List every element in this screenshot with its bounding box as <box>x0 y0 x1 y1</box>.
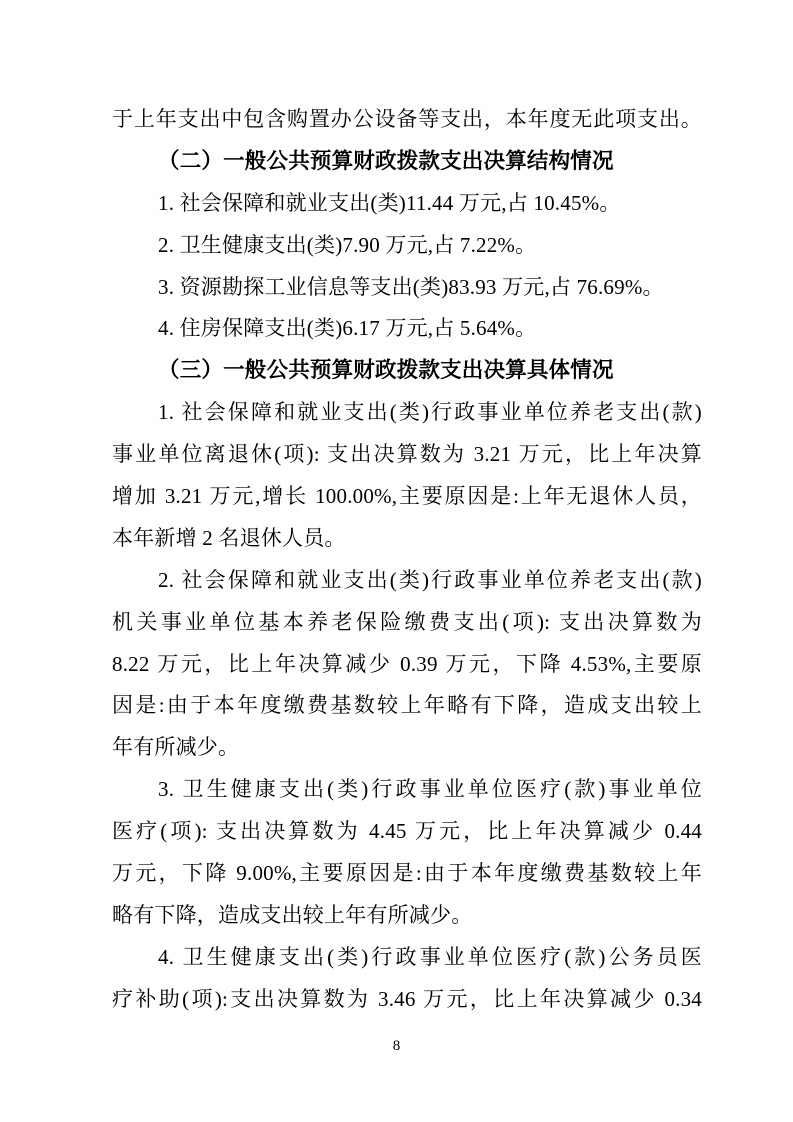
document-body: 于上年支出中包含购置办公设备等支出，本年度无此项支出。（二）一般公共预算财政拨款… <box>112 99 702 1021</box>
text-line: 8.22 万元，比上年决算减少 0.39 万元，下降 4.53%,主要原 <box>112 644 702 686</box>
text-line: 2. 卫生健康支出(类)7.90 万元,占 7.22%。 <box>112 225 702 267</box>
text-line: 4. 卫生健康支出(类)行政事业单位医疗(款)公务员医 <box>112 937 702 979</box>
text-line: 2. 社会保障和就业支出(类)行政事业单位养老支出(款) <box>112 560 702 602</box>
text-line: 1. 社会保障和就业支出(类)11.44 万元,占 10.45%。 <box>112 183 702 225</box>
text-line: 医疗(项): 支出决算数为 4.45 万元，比上年决算减少 0.44 <box>112 811 702 853</box>
section-heading: （三）一般公共预算财政拨款支出决算具体情况 <box>112 350 702 392</box>
text-line: 略有下降，造成支出较上年有所减少。 <box>112 895 702 937</box>
text-line: 于上年支出中包含购置办公设备等支出，本年度无此项支出。 <box>112 99 702 141</box>
text-line: 年有所减少。 <box>112 727 702 769</box>
text-line: 4. 住房保障支出(类)6.17 万元,占 5.64%。 <box>112 308 702 350</box>
text-line: 3. 资源勘探工业信息等支出(类)83.93 万元,占 76.69%。 <box>112 267 702 309</box>
text-line: 因是:由于本年度缴费基数较上年略有下降，造成支出较上 <box>112 685 702 727</box>
page-number: 8 <box>0 1038 793 1054</box>
text-line: 机关事业单位基本养老保险缴费支出(项): 支出决算数为 <box>112 602 702 644</box>
text-line: 本年新增 2 名退休人员。 <box>112 518 702 560</box>
text-line: 疗补助(项):支出决算数为 3.46 万元，比上年决算减少 0.34 <box>112 979 702 1021</box>
text-line: 万元，下降 9.00%,主要原因是:由于本年度缴费基数较上年 <box>112 853 702 895</box>
text-line: 事业单位离退休(项): 支出决算数为 3.21 万元，比上年决算 <box>112 434 702 476</box>
section-heading: （二）一般公共预算财政拨款支出决算结构情况 <box>112 141 702 183</box>
text-line: 1. 社会保障和就业支出(类)行政事业单位养老支出(款) <box>112 392 702 434</box>
document-page: 于上年支出中包含购置办公设备等支出，本年度无此项支出。（二）一般公共预算财政拨款… <box>0 0 793 1122</box>
text-line: 3. 卫生健康支出(类)行政事业单位医疗(款)事业单位 <box>112 769 702 811</box>
text-line: 增加 3.21 万元,增长 100.00%,主要原因是:上年无退休人员， <box>112 476 702 518</box>
